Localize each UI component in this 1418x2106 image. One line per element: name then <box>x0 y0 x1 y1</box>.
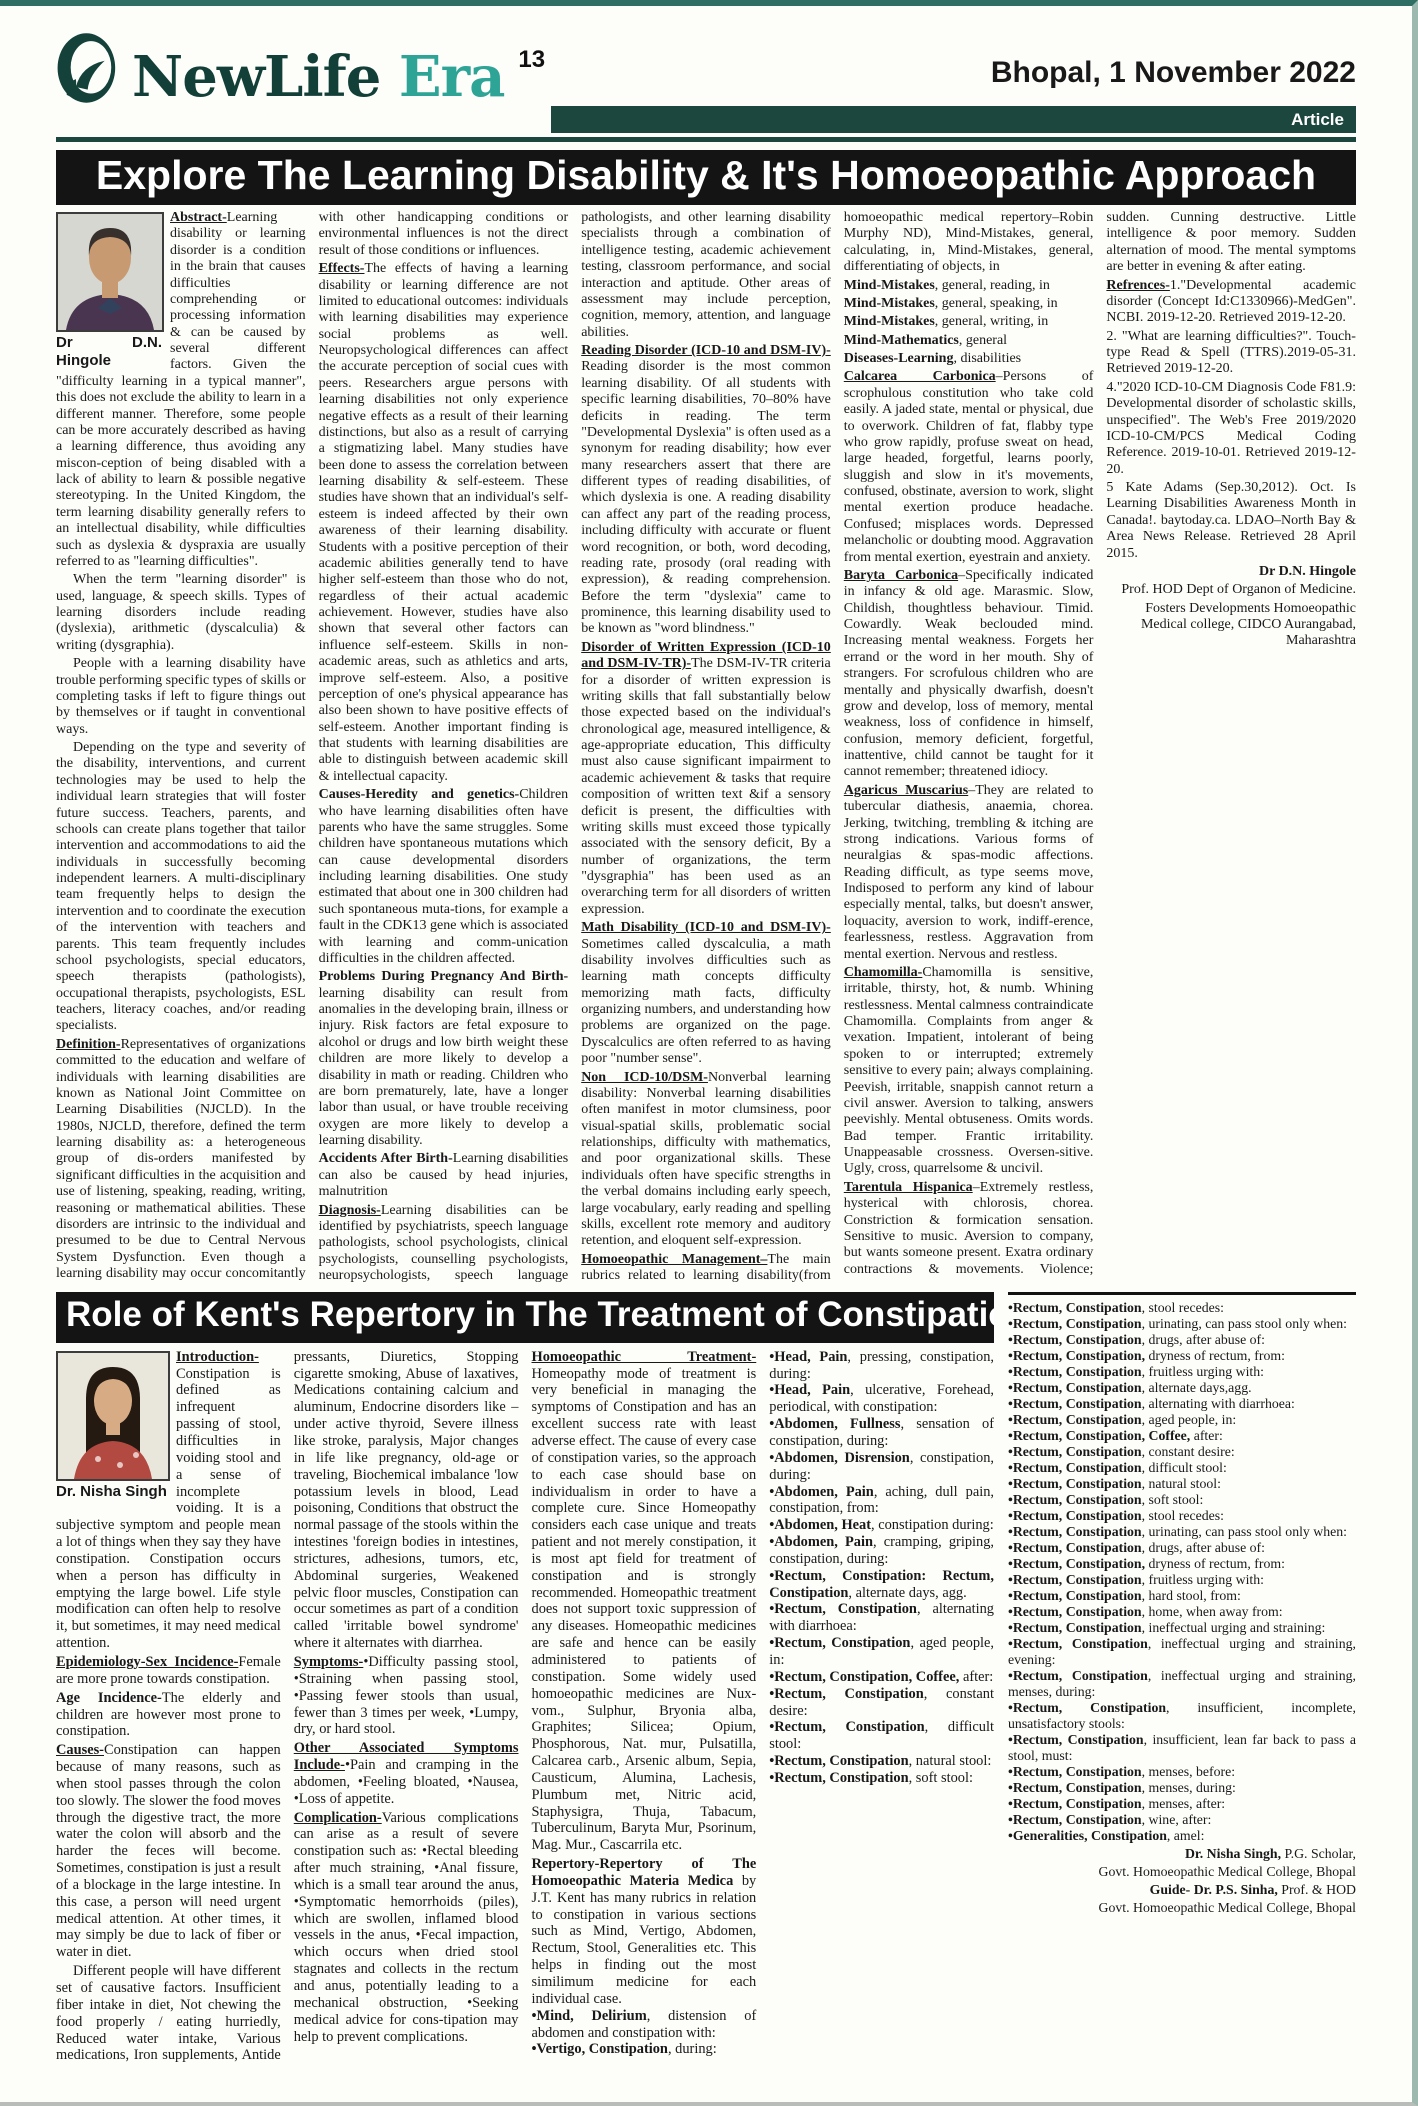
rubric-item: •Rectum, Constipation, drugs, after abus… <box>1008 1332 1356 1348</box>
dateline: Bhopal, 1 November 2022 <box>991 56 1356 90</box>
rubric-item: •Rectum, Constipation, difficult stool: <box>1008 1460 1356 1476</box>
rubric-item: •Abdomen, Pain, cramping, griping, const… <box>769 1534 994 1568</box>
article1-paragraphs: Abstract-Learning disability or learning… <box>56 210 1356 1286</box>
rubric-item: •Head, Pain, ulcerative, Forehead, perio… <box>769 1382 994 1416</box>
paragraph: Effects-The effects of having a learning… <box>319 261 569 785</box>
rubric-item: •Rectum, Constipation, menses, during: <box>1008 1780 1356 1796</box>
article2-left: Role of Kent's Repertory in The Treatmen… <box>56 1292 994 2088</box>
rubric-item: •Rectum, Constipation, dryness of rectum… <box>1008 1556 1356 1572</box>
rubric-item: •Abdomen, Pain, aching, dull pain, const… <box>769 1484 994 1518</box>
article2-author-block: Dr. Nisha Singh, P.G. Scholar,Govt. Homo… <box>1008 1846 1356 1916</box>
paragraph: Other Associated Symptoms Include-•Pain … <box>294 1740 519 1807</box>
paragraph: Chamomilla-Chamomilla is sensitive, irri… <box>844 965 1094 1178</box>
rubric-item: •Rectum, Constipation, ineffectual urgin… <box>1008 1620 1356 1636</box>
paragraph: Mind-Mistakes, general, reading, in <box>844 278 1094 294</box>
rubric-item: •Rectum, Constipation, ineffectual urgin… <box>1008 1668 1356 1700</box>
section-label: Article <box>1291 110 1344 130</box>
paragraph: Dr D.N. Hingole <box>1106 564 1356 580</box>
article-learning-disability: Explore The Learning Disability & It's H… <box>56 150 1356 1286</box>
rubric-item: •Rectum, Constipation, natural stool: <box>769 1753 994 1770</box>
rubric-item: •Rectum, Constipation, difficult stool: <box>769 1719 994 1753</box>
paragraph: Govt. Homoeopathic Medical College, Bhop… <box>1008 1864 1356 1880</box>
page-number: 13 <box>518 46 545 74</box>
paragraph: Mind-Mistakes, general, speaking, in <box>844 296 1094 312</box>
rubric-item: •Head, Pain, pressing, constipation, dur… <box>769 1349 994 1383</box>
rubric-item: •Rectum, Constipation, fruitless urging … <box>1008 1364 1356 1380</box>
rubric-item: •Rectum, Constipation, hard stool, from: <box>1008 1588 1356 1604</box>
paragraph: Symptoms-•Difficulty passing stool, •Str… <box>294 1654 519 1738</box>
paragraph: Complication-Various complications can a… <box>294 1810 519 2046</box>
rubric-item: •Rectum, Constipation, soft stool: <box>769 1770 994 1787</box>
paragraph: Refrences-1."Developmental academic diso… <box>1106 278 1356 327</box>
rubric-item: •Rectum, Constipation, aged people, in: <box>769 1635 994 1669</box>
paragraph: Mind-Mathematics, general <box>844 333 1094 349</box>
paragraph: Age Incidence-The elderly and children a… <box>56 1690 281 1741</box>
article2-right-column: •Rectum, Constipation, stool recedes:•Re… <box>1008 1292 1356 2088</box>
paragraph: Diseases-Learning, disabilities <box>844 351 1094 367</box>
paragraph: Agaricus Muscarius–They are related to t… <box>844 783 1094 963</box>
paragraph: Calcarea Carbonica–Persons of scrophulou… <box>844 369 1094 566</box>
rubric-item: •Rectum, Constipation, alternating with … <box>1008 1396 1356 1412</box>
newspaper-page: NewLife Era 13 Bhopal, 1 November 2022 A… <box>0 0 1418 2106</box>
article2-body: Dr. Nisha Singh Introduction-Constipatio… <box>56 1349 994 2071</box>
article-kents-repertory: Role of Kent's Repertory in The Treatmen… <box>56 1292 1356 2088</box>
article2-author-photo: Dr. Nisha Singh <box>56 1351 168 1501</box>
paragraph: Dr. Nisha Singh, P.G. Scholar, <box>1008 1846 1356 1862</box>
rubric-item: •Rectum, Constipation, constant desire: <box>1008 1444 1356 1460</box>
paragraph: Math Disability (ICD-10 and DSM-IV)-Some… <box>581 920 831 1067</box>
masthead: NewLife Era 13 Bhopal, 1 November 2022 A… <box>56 14 1356 142</box>
rubric-item: •Rectum, Constipation, drugs, after abus… <box>1008 1540 1356 1556</box>
paragraph: Mind-Mistakes, general, writing, in <box>844 314 1094 330</box>
paragraph: Accidents After Birth-Learning disabilit… <box>319 1151 569 1200</box>
paragraph: Fosters Developments Homoeopathic Medica… <box>1106 601 1356 650</box>
article2-right-rubrics: •Rectum, Constipation, stool recedes:•Re… <box>1008 1300 1356 1844</box>
paragraph: Guide- Dr. P.S. Sinha, Prof. & HOD <box>1008 1882 1356 1898</box>
paragraph: Depending on the type and severity of th… <box>56 740 306 1035</box>
rubric-item: •Rectum, Constipation, wine, after: <box>1008 1812 1356 1828</box>
rubric-item: •Rectum, Constipation, insufficient, lea… <box>1008 1732 1356 1764</box>
female-portrait-photo <box>56 1351 170 1481</box>
rubric-item: •Rectum, Constipation, stool recedes: <box>1008 1300 1356 1316</box>
masthead-rule <box>56 137 1356 142</box>
rubric-item: •Vertigo, Constipation, during: <box>532 2041 757 2058</box>
rubric-item: •Rectum, Constipation, urinating, can pa… <box>1008 1316 1356 1332</box>
paragraph: Homoeopathic Treatment-Homeopathy mode o… <box>532 1349 757 1854</box>
rubric-item: •Rectum, Constipation, home, when away f… <box>1008 1604 1356 1620</box>
brand-title: NewLife Era <box>132 51 504 104</box>
rubric-item: •Rectum, Constipation, insufficient, inc… <box>1008 1700 1356 1732</box>
rubric-item: •Rectum, Constipation, alternating with … <box>769 1601 994 1635</box>
rubric-item: •Rectum, Constipation, aged people, in: <box>1008 1412 1356 1428</box>
rubric-item: •Rectum, Constipation, natural stool: <box>1008 1476 1356 1492</box>
article1-author-block: Dr D.N. HingoleProf. HOD Dept of Organon… <box>1106 564 1356 650</box>
paragraph: 5 Kate Adams (Sep.30,2012). Oct. Is Lear… <box>1106 480 1356 562</box>
paragraph: People with a learning disability have t… <box>56 656 306 738</box>
rubric-item: •Rectum, Constipation, alternate days,ag… <box>1008 1380 1356 1396</box>
rubric-item: •Rectum, Constipation, ineffectual urgin… <box>1008 1636 1356 1668</box>
rubric-item: •Rectum, Constipation: Rectum, Constipat… <box>769 1568 994 1602</box>
paragraph: Reading Disorder (ICD-10 and DSM-IV)-Rea… <box>581 343 831 638</box>
paragraph: Causes-Constipation can happen because o… <box>56 1742 281 1961</box>
rubric-item: •Abdomen, Disrension, constipation, duri… <box>769 1450 994 1484</box>
rubric-item: •Generalities, Constipation, amel: <box>1008 1828 1356 1844</box>
section-bar: Article <box>551 106 1356 133</box>
paragraph: 4."2020 ICD-10-CM Diagnosis Code F81.9: … <box>1106 380 1356 478</box>
paragraph: Non ICD-10/DSM-Nonverbal learning disabi… <box>581 1070 831 1250</box>
rubric-item: •Rectum, Constipation, stool recedes: <box>1008 1508 1356 1524</box>
rubric-item: •Rectum, Constipation, fruitless urging … <box>1008 1572 1356 1588</box>
paragraph: Baryta Carbonica–Specifically indicated … <box>844 568 1094 781</box>
brand-primary: NewLife <box>132 44 380 110</box>
rubric-item: •Mind, Delirium, distension of abdomen a… <box>532 2008 757 2042</box>
rubric-item: •Rectum, Constipation, urinating, can pa… <box>1008 1524 1356 1540</box>
article1-author-caption: Dr D.N. Hingole <box>56 334 162 369</box>
masthead-brand-row: NewLife Era 13 Bhopal, 1 November 2022 <box>56 14 1356 104</box>
rubric-item: •Abdomen, Fullness, sensation of constip… <box>769 1416 994 1450</box>
rubric-item: •Rectum, Constipation, menses, before: <box>1008 1764 1356 1780</box>
paragraph: Problems During Pregnancy And Birth-lear… <box>319 969 569 1149</box>
paragraph: When the term "learning disorder" is use… <box>56 572 306 654</box>
rubric-item: •Rectum, Constipation, constant desire: <box>769 1686 994 1720</box>
rubric-item: •Rectum, Constipation, Coffee, after: <box>769 1669 994 1686</box>
rubric-item: •Rectum, Constipation, Coffee, after: <box>1008 1428 1356 1444</box>
paragraph: Govt. Homoeopathic Medical College, Bhop… <box>1008 1900 1356 1916</box>
rubric-item: •Rectum, Constipation, soft stool: <box>1008 1492 1356 1508</box>
paragraph: Prof. HOD Dept of Organon of Medicine. <box>1106 582 1356 598</box>
newlife-logo-icon <box>56 32 122 104</box>
paragraph: 2. "What are learning difficulties?". To… <box>1106 329 1356 378</box>
rubric-item: •Abdomen, Heat, constipation during: <box>769 1517 994 1534</box>
paragraph: Causes-Heredity and genetics-Children wh… <box>319 787 569 967</box>
paragraph: Repertory-Repertory of The Homoeopathic … <box>532 1856 757 2008</box>
article1-body: Dr D.N. Hingole Abstract-Learning disabi… <box>56 210 1356 1286</box>
article1-headline: Explore The Learning Disability & It's H… <box>56 150 1356 205</box>
rubric-item: •Rectum, Constipation, dryness of rectum… <box>1008 1348 1356 1364</box>
brand-accent: Era <box>399 44 504 110</box>
article2-headline: Role of Kent's Repertory in The Treatmen… <box>56 1292 994 1343</box>
paragraph: Epidemiology-Sex Incidence-Female are mo… <box>56 1654 281 1688</box>
male-portrait-photo <box>56 212 164 332</box>
paragraph: Disorder of Written Expression (ICD-10 a… <box>581 640 831 918</box>
article2-author-caption: Dr. Nisha Singh <box>56 1483 168 1501</box>
rubric-item: •Rectum, Constipation, menses, after: <box>1008 1796 1356 1812</box>
article1-author-photo: Dr D.N. Hingole <box>56 212 162 369</box>
